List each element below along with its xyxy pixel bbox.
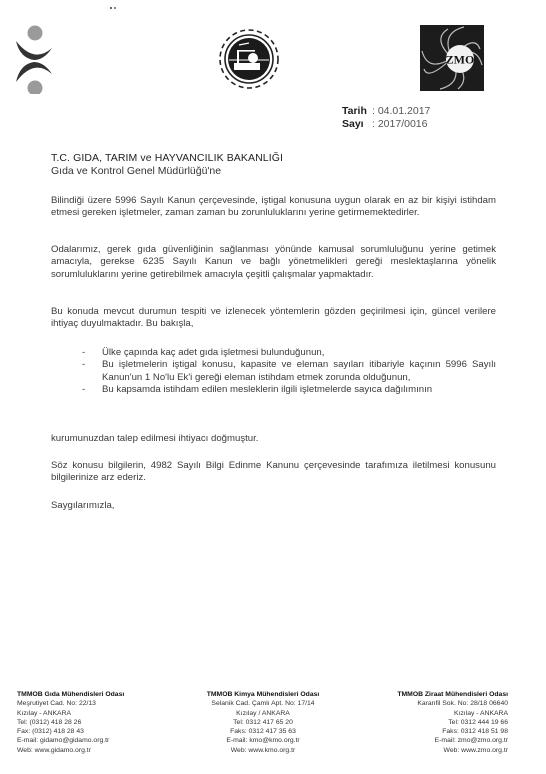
footer-gida-muhendisleri: TMMOB Gıda Mühendisleri Odası Meşrutiyet… [17,690,177,755]
footer-email[interactable]: E-mail: zmo@zmo.org.tr [380,736,508,745]
footer-org-name: TMMOB Kimya Mühendisleri Odası [188,690,338,699]
after-list-text: kurumunuzdan talep edilmesi ihtiyacı doğ… [51,433,496,445]
closing-paragraph: Söz konusu bilgilerin, 4982 Sayılı Bilgi… [51,460,496,485]
list-item: - Ülke çapında kaç adet gıda işletmesi b… [82,347,496,359]
number-label: Sayı [342,118,372,131]
footer-web[interactable]: Web: www.kmo.org.tr [188,746,338,755]
footer-kimya-muhendisleri: TMMOB Kimya Mühendisleri Odası Selanik C… [188,690,338,755]
number-row: Sayı : 2017/0016 [342,118,430,131]
footer-phone: Tel: 0312 417 65 20 [188,718,338,727]
footer-fax: Faks: 0312 418 51 98 [380,727,508,736]
list-dash: - [82,384,85,396]
footer-address: Meşrutiyet Cad. No: 22/13 [17,699,177,708]
svg-text:ZMO: ZMO [446,53,475,67]
list-item-text: Bu kapsamda istihdam edilen mesleklerin … [102,384,432,395]
date-value: : 04.01.2017 [372,105,430,118]
addressee-line-1: T.C. GIDA, TARIM ve HAYVANCILIK BAKANLIĞ… [51,152,283,165]
footer-org-name: TMMOB Gıda Mühendisleri Odası [17,690,177,699]
gida-muhendisleri-logo [14,8,54,94]
addressee: T.C. GIDA, TARIM ve HAYVANCILIK BAKANLIĞ… [51,152,283,178]
paragraph-2: Odalarımız, gerek gıda güvenliğinin sağl… [51,244,496,281]
list-dash: - [82,347,85,359]
list-dash: - [82,359,85,371]
footer-city: Kızılay - ANKARA [380,709,508,718]
footer-phone: Tel: 0312 444 19 66 [380,718,508,727]
footer-web[interactable]: Web: www.gidamo.org.tr [17,746,177,755]
paragraph-3: Bu konuda mevcut durumun tespiti ve izle… [51,306,496,331]
footer-web[interactable]: Web: www.zmo.org.tr [380,746,508,755]
footer-fax: Fax: (0312) 418 28 43 [17,727,177,736]
kimya-muhendisleri-logo [218,25,280,93]
footer-phone: Tel: (0312) 418 28 26 [17,718,177,727]
document-meta: Tarih : 04.01.2017 Sayı : 2017/0016 [342,105,430,131]
footer-org-name: TMMOB Ziraat Mühendisleri Odası [380,690,508,699]
footer-fax: Faks: 0312 417 35 63 [188,727,338,736]
list-item: - Bu kapsamda istihdam edilen meslekleri… [82,384,496,396]
footer-address: Karanfil Sok. No: 28/18 06640 [380,699,508,708]
footer-ziraat-muhendisleri: TMMOB Ziraat Mühendisleri Odası Karanfil… [380,690,508,755]
list-item: - Bu işletmelerin iştigal konusu, kapasi… [82,359,496,384]
salutation: Saygılarımızla, [51,500,496,512]
request-list: - Ülke çapında kaç adet gıda işletmesi b… [82,347,496,396]
footer-email[interactable]: E-mail: kmo@kmo.org.tr [188,736,338,745]
footer-address: Selanik Cad. Çamlı Apt. No: 17/14 [188,699,338,708]
zmo-logo: ZMO [420,25,484,91]
date-row: Tarih : 04.01.2017 [342,105,430,118]
list-item-text: Bu işletmelerin iştigal konusu, kapasite… [102,359,496,382]
date-label: Tarih [342,105,372,118]
footer-city: Kızılay - ANKARA [17,709,177,718]
scan-mark [110,7,120,10]
footer-city: Kızılay / ANKARA [188,709,338,718]
footer-email[interactable]: E-mail: gidamo@gidamo.org.tr [17,736,177,745]
addressee-line-2: Gıda ve Kontrol Genel Müdürlüğü'ne [51,165,283,178]
list-item-text: Ülke çapında kaç adet gıda işletmesi bul… [102,347,324,358]
number-value: : 2017/0016 [372,118,427,131]
paragraph-1: Bilindiği üzere 5996 Sayılı Kanun çerçev… [51,195,496,220]
